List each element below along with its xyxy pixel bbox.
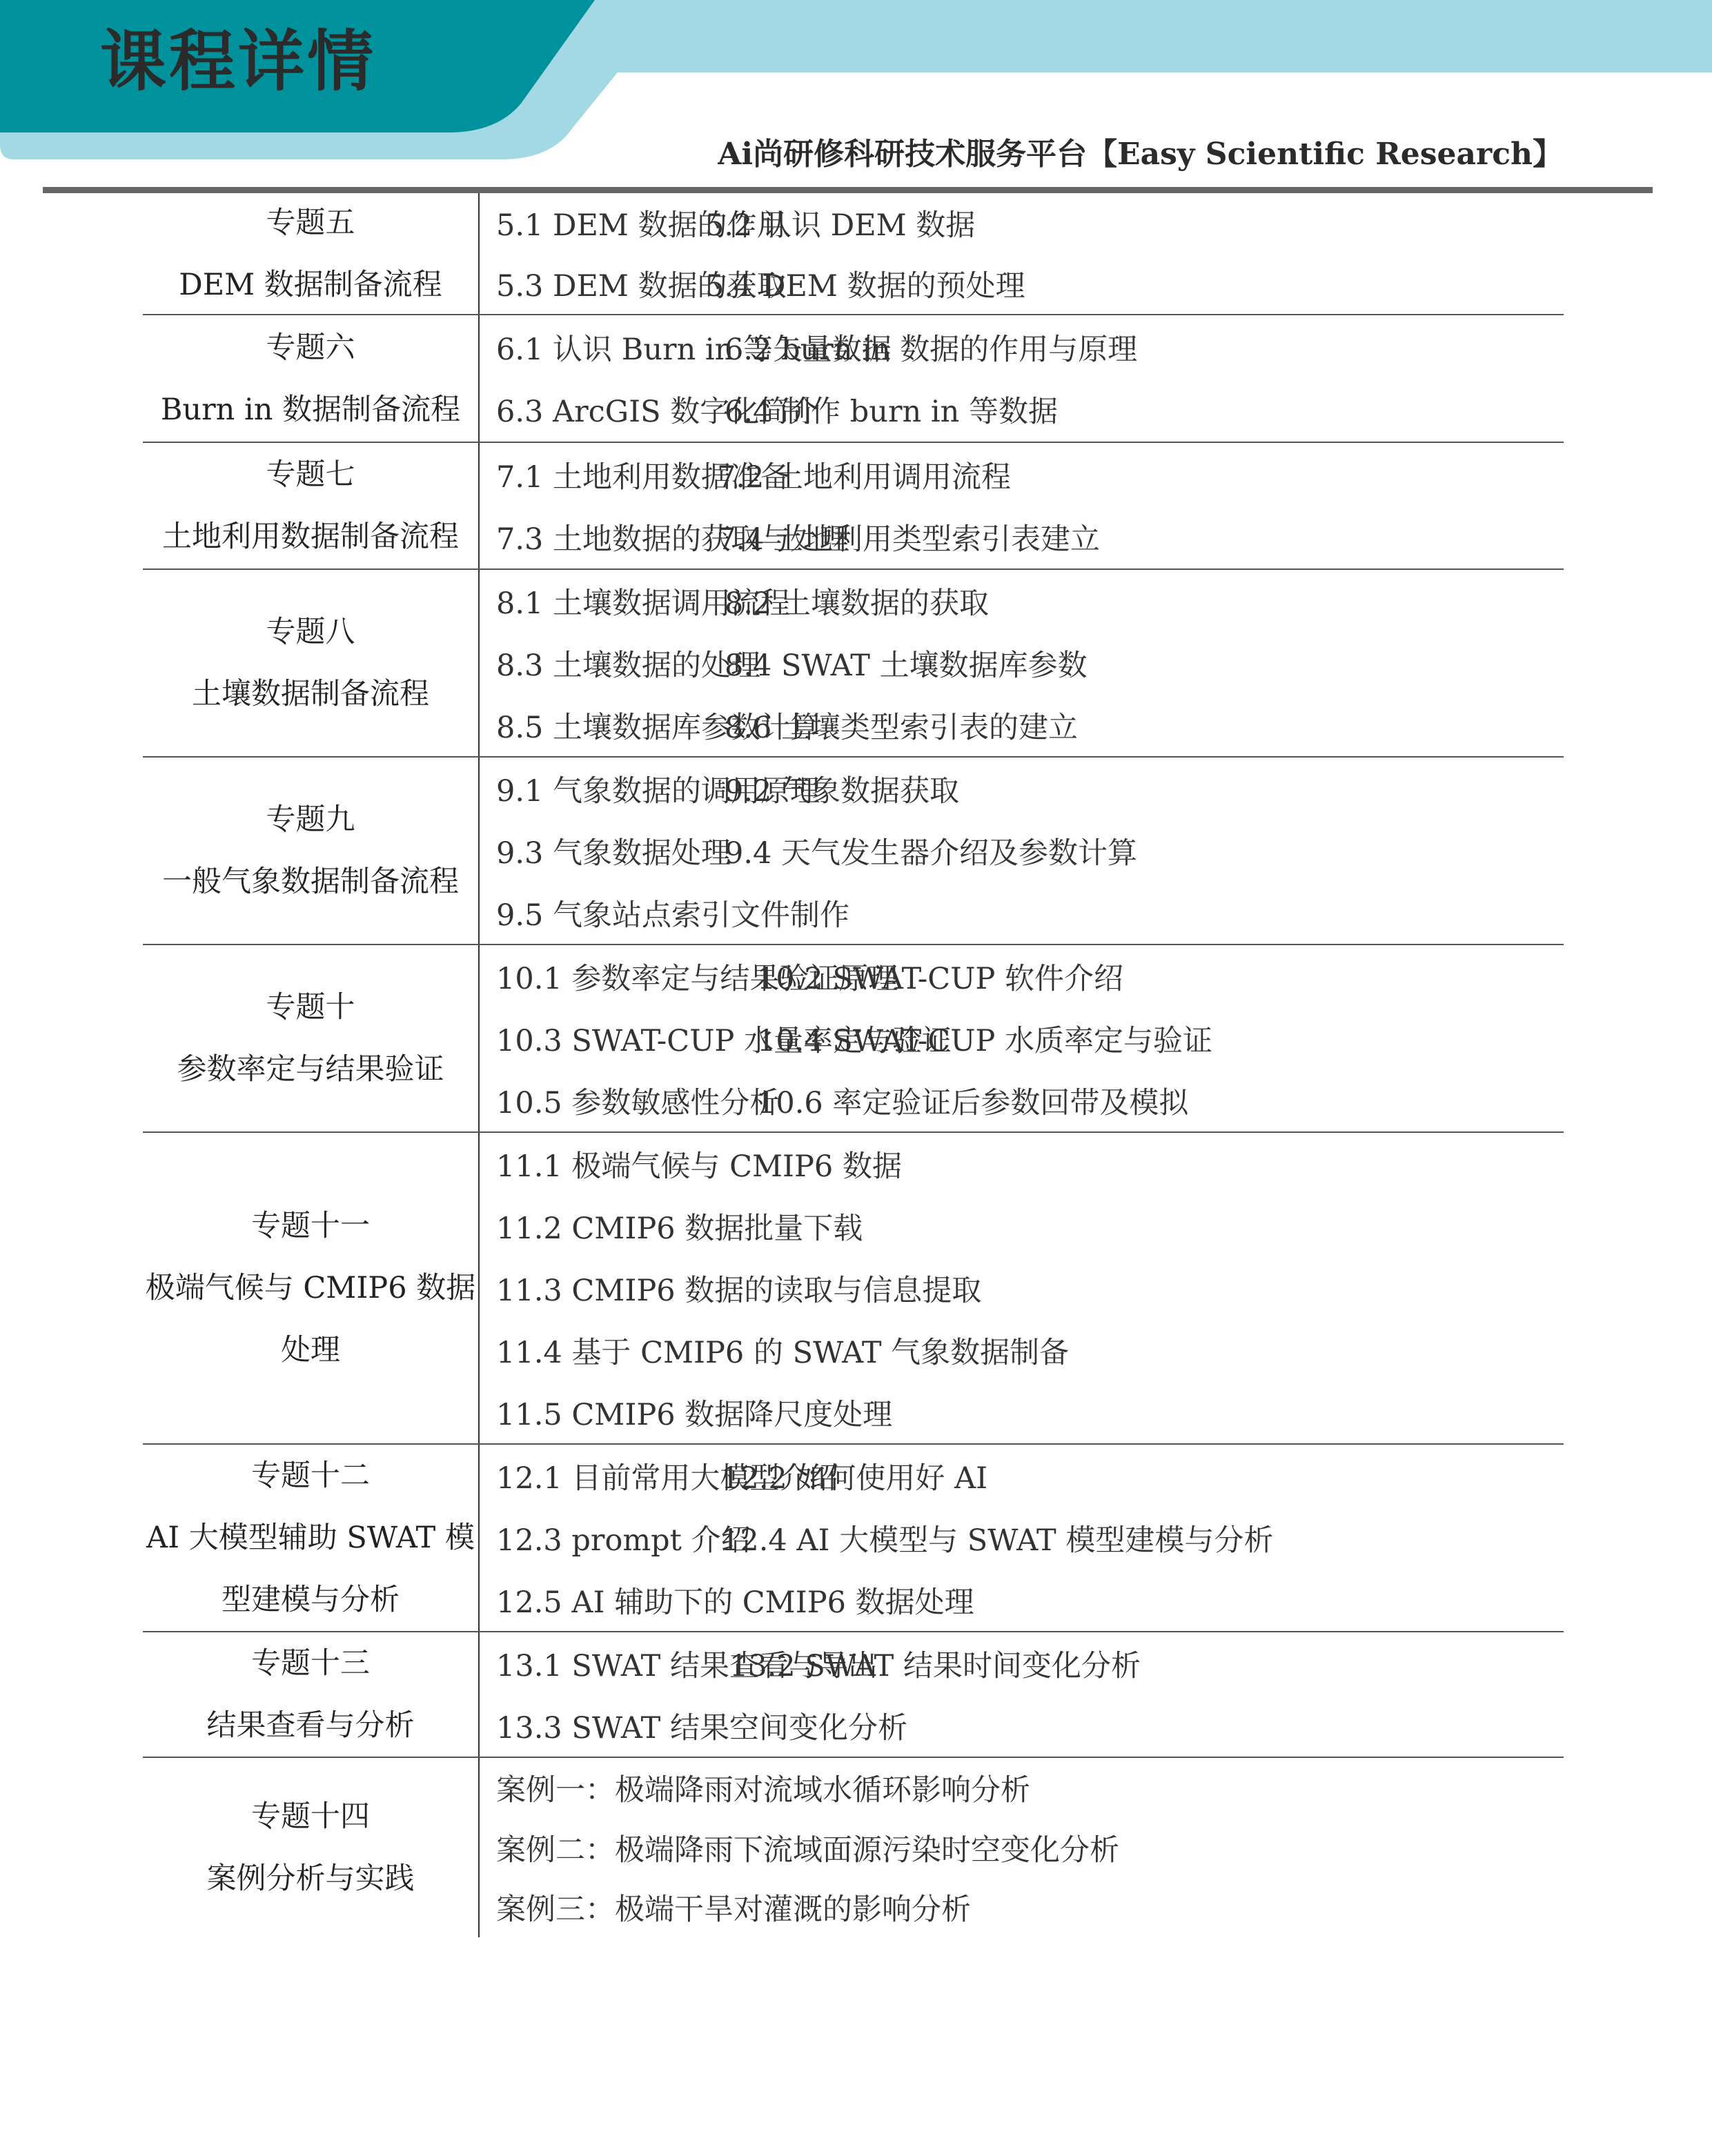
topic-items-cell: 7.1 土地利用数据准备7.2 土地利用调用流程7.3 土地数据的获取与处理7.… xyxy=(480,443,1564,568)
item-line: 11.1 极端气候与 CMIP6 数据 xyxy=(496,1133,1564,1195)
topic-title-cell: 专题十三结果查看与分析 xyxy=(143,1632,480,1757)
topic-items-cell: 11.1 极端气候与 CMIP6 数据11.2 CMIP6 数据批量下载11.3… xyxy=(480,1133,1564,1443)
topic-subtitle: 土地利用数据制备流程 xyxy=(162,506,459,568)
topic-subtitle: 土壤数据制备流程 xyxy=(192,663,429,725)
item-line: 5.1 DEM 数据的作用5.2 认识 DEM 数据 xyxy=(496,193,1564,254)
topic-subtitle: 极端气候与 CMIP6 数据 xyxy=(146,1257,476,1319)
topic-number: 专题十四 xyxy=(251,1786,370,1848)
topic-title-cell: 专题十二AI 大模型辅助 SWAT 模型建模与分析 xyxy=(143,1445,480,1631)
topic-subtitle: 参数率定与结果验证 xyxy=(177,1038,444,1100)
topic-title-cell: 专题十参数率定与结果验证 xyxy=(143,945,480,1131)
topic-subtitle: 型建模与分析 xyxy=(222,1569,400,1631)
topic-title-cell: 专题十一极端气候与 CMIP6 数据处理 xyxy=(143,1133,480,1443)
topic-row: 专题八土壤数据制备流程8.1 土壤数据调用流程8.2 土壤数据的获取8.3 土壤… xyxy=(143,570,1564,758)
item-line: 7.1 土地利用数据准备7.2 土地利用调用流程 xyxy=(496,444,1564,506)
topic-subtitle: 结果查看与分析 xyxy=(207,1694,415,1757)
item-line: 9.3 气象数据处理9.4 天气发生器介绍及参数计算 xyxy=(496,820,1564,882)
item-line: 5.3 DEM 数据的获取5.4 DEM 数据的预处理 xyxy=(496,254,1564,315)
lesson-item: 8.6 土壤类型索引表的建立 xyxy=(725,704,1078,746)
topic-number: 专题九 xyxy=(266,789,355,851)
lesson-item: 11.2 CMIP6 数据批量下载 xyxy=(496,1205,863,1247)
topic-number: 专题八 xyxy=(266,601,355,663)
topic-row: 专题十二AI 大模型辅助 SWAT 模型建模与分析12.1 目前常用大模型介绍1… xyxy=(143,1445,1564,1632)
topic-title-cell: 专题八土壤数据制备流程 xyxy=(143,570,480,756)
topic-items-cell: 12.1 目前常用大模型介绍12.2 如何使用好 AI12.3 prompt 介… xyxy=(480,1445,1564,1631)
topic-title-cell: 专题九一般气象数据制备流程 xyxy=(143,758,480,944)
lesson-item: 8.4 SWAT 土壤数据库参数 xyxy=(725,642,1088,684)
topic-subtitle: 处理 xyxy=(281,1319,340,1381)
lesson-item: 9.3 气象数据处理 xyxy=(496,830,731,872)
brand-tagline: Ai尚研修科研技术服务平台【Easy Scientific Research】 xyxy=(718,135,1563,174)
item-line: 案例三：极端干旱对灌溉的影响分析 xyxy=(496,1877,1564,1937)
topic-items-cell: 10.1 参数率定与结果验证原理10.2 SWAT-CUP 软件介绍10.3 S… xyxy=(480,945,1564,1131)
lesson-item: 13.2 SWAT 结果时间变化分析 xyxy=(729,1643,1141,1685)
topic-items-cell: 5.1 DEM 数据的作用5.2 认识 DEM 数据5.3 DEM 数据的获取5… xyxy=(480,193,1564,314)
course-table: 专题五DEM 数据制备流程5.1 DEM 数据的作用5.2 认识 DEM 数据5… xyxy=(143,193,1564,1937)
topic-subtitle: Burn in 数据制备流程 xyxy=(161,379,460,441)
item-line: 6.3 ArcGIS 数字化简介6.4 制作 burn in 等数据 xyxy=(496,379,1564,441)
topic-number: 专题七 xyxy=(266,444,355,506)
item-line: 9.1 气象数据的调用原理9.2 气象数据获取 xyxy=(496,758,1564,820)
topic-subtitle: 一般气象数据制备流程 xyxy=(162,851,459,913)
topic-items-cell: 6.1 认识 Burn in 等矢量数据6.2 burn in 数据的作用与原理… xyxy=(480,315,1564,442)
lesson-item: 11.3 CMIP6 数据的读取与信息提取 xyxy=(496,1267,981,1309)
item-line: 8.1 土壤数据调用流程8.2 土壤数据的获取 xyxy=(496,570,1564,632)
topic-number: 专题六 xyxy=(266,317,355,379)
item-line: 13.1 SWAT 结果查看与导出13.2 SWAT 结果时间变化分析 xyxy=(496,1632,1564,1694)
item-line: 12.5 AI 辅助下的 CMIP6 数据处理 xyxy=(496,1569,1564,1631)
lesson-item: 12.2 如何使用好 AI xyxy=(721,1455,987,1497)
item-line: 13.3 SWAT 结果空间变化分析 xyxy=(496,1694,1564,1757)
lesson-item: 10.4 SWAT-CUP 水质率定与验证 xyxy=(757,1018,1212,1060)
topic-subtitle: DEM 数据制备流程 xyxy=(179,254,442,316)
topic-row: 专题六Burn in 数据制备流程6.1 认识 Burn in 等矢量数据6.2… xyxy=(143,315,1564,443)
topic-items-cell: 13.1 SWAT 结果查看与导出13.2 SWAT 结果时间变化分析13.3 … xyxy=(480,1632,1564,1757)
lesson-item: 12.3 prompt 介绍 xyxy=(496,1517,751,1559)
page-title: 课程详情 xyxy=(100,23,376,99)
item-line: 案例一：极端降雨对流域水循环影响分析 xyxy=(496,1758,1564,1818)
topic-row: 专题十四案例分析与实践案例一：极端降雨对流域水循环影响分析案例二：极端降雨下流域… xyxy=(143,1758,1564,1937)
lesson-item: 案例三：极端干旱对灌溉的影响分析 xyxy=(496,1886,971,1928)
lesson-item: 9.5 气象站点索引文件制作 xyxy=(496,892,849,934)
lesson-item: 6.2 burn in 数据的作用与原理 xyxy=(725,326,1137,368)
lesson-item: 案例一：极端降雨对流域水循环影响分析 xyxy=(496,1767,1030,1809)
lesson-item: 6.4 制作 burn in 等数据 xyxy=(725,388,1058,431)
item-line: 6.1 认识 Burn in 等矢量数据6.2 burn in 数据的作用与原理 xyxy=(496,317,1564,379)
lesson-item: 11.5 CMIP6 数据降尺度处理 xyxy=(496,1392,892,1434)
topic-title-cell: 专题五DEM 数据制备流程 xyxy=(143,193,480,314)
lesson-item: 11.4 基于 CMIP6 的 SWAT 气象数据制备 xyxy=(496,1329,1069,1372)
topic-row: 专题十参数率定与结果验证10.1 参数率定与结果验证原理10.2 SWAT-CU… xyxy=(143,945,1564,1133)
topic-title-cell: 专题七土地利用数据制备流程 xyxy=(143,443,480,568)
topic-number: 专题十三 xyxy=(251,1632,370,1694)
page-header: 课程详情 Ai尚研修科研技术服务平台【Easy Scientific Resea… xyxy=(0,0,1712,166)
item-line: 11.4 基于 CMIP6 的 SWAT 气象数据制备 xyxy=(496,1319,1564,1381)
topic-row: 专题十一极端气候与 CMIP6 数据处理11.1 极端气候与 CMIP6 数据1… xyxy=(143,1133,1564,1445)
lesson-item: 12.4 AI 大模型与 SWAT 模型建模与分析 xyxy=(721,1517,1273,1559)
lesson-item: 10.2 SWAT-CUP 软件介绍 xyxy=(757,956,1123,998)
lesson-item: 11.1 极端气候与 CMIP6 数据 xyxy=(496,1143,902,1185)
topic-number: 专题十二 xyxy=(251,1445,370,1507)
item-line: 11.3 CMIP6 数据的读取与信息提取 xyxy=(496,1257,1564,1319)
topic-subtitle: AI 大模型辅助 SWAT 模 xyxy=(146,1507,475,1569)
lesson-item: 12.5 AI 辅助下的 CMIP6 数据处理 xyxy=(496,1579,974,1621)
topic-items-cell: 案例一：极端降雨对流域水循环影响分析案例二：极端降雨下流域面源污染时空变化分析案… xyxy=(480,1758,1564,1937)
lesson-item: 8.3 土壤数据的处理 xyxy=(496,642,760,684)
lesson-item: 9.2 气象数据获取 xyxy=(725,768,959,810)
lesson-item: 10.6 率定验证后参数回带及模拟 xyxy=(757,1080,1188,1122)
lesson-item: 案例二：极端降雨下流域面源污染时空变化分析 xyxy=(496,1827,1119,1869)
item-line: 案例二：极端降雨下流域面源污染时空变化分析 xyxy=(496,1818,1564,1878)
topic-row: 专题七土地利用数据制备流程7.1 土地利用数据准备7.2 土地利用调用流程7.3… xyxy=(143,443,1564,570)
item-line: 12.1 目前常用大模型介绍12.2 如何使用好 AI xyxy=(496,1445,1564,1507)
lesson-item: 8.2 土壤数据的获取 xyxy=(725,580,989,622)
topic-row: 专题十三结果查看与分析13.1 SWAT 结果查看与导出13.2 SWAT 结果… xyxy=(143,1632,1564,1758)
item-line: 11.5 CMIP6 数据降尺度处理 xyxy=(496,1381,1564,1443)
topic-items-cell: 9.1 气象数据的调用原理9.2 气象数据获取9.3 气象数据处理9.4 天气发… xyxy=(480,758,1564,944)
item-line: 7.3 土地数据的获取与处理7.4 土地利用类型索引表建立 xyxy=(496,506,1564,568)
lesson-item: 5.4 DEM 数据的预处理 xyxy=(705,263,1025,305)
topic-number: 专题十 xyxy=(266,976,355,1038)
lesson-item: 7.2 土地利用调用流程 xyxy=(717,454,1011,496)
item-line: 10.1 参数率定与结果验证原理10.2 SWAT-CUP 软件介绍 xyxy=(496,945,1564,1007)
lesson-item: 13.3 SWAT 结果空间变化分析 xyxy=(496,1705,907,1747)
item-line: 10.5 参数敏感性分析10.6 率定验证后参数回带及模拟 xyxy=(496,1069,1564,1131)
lesson-item: 10.5 参数敏感性分析 xyxy=(496,1080,779,1122)
topic-row: 专题五DEM 数据制备流程5.1 DEM 数据的作用5.2 认识 DEM 数据5… xyxy=(143,193,1564,315)
topic-title-cell: 专题十四案例分析与实践 xyxy=(143,1758,480,1937)
topic-number: 专题五 xyxy=(266,192,355,254)
topic-title-cell: 专题六Burn in 数据制备流程 xyxy=(143,315,480,442)
lesson-item: 5.2 认识 DEM 数据 xyxy=(705,202,975,244)
item-line: 8.5 土壤数据库参数计算8.6 土壤类型索引表的建立 xyxy=(496,694,1564,756)
item-line: 9.5 气象站点索引文件制作 xyxy=(496,882,1564,944)
topic-row: 专题九一般气象数据制备流程9.1 气象数据的调用原理9.2 气象数据获取9.3 … xyxy=(143,758,1564,945)
item-line: 12.3 prompt 介绍12.4 AI 大模型与 SWAT 模型建模与分析 xyxy=(496,1507,1564,1569)
item-line: 10.3 SWAT-CUP 水量率定与验证10.4 SWAT-CUP 水质率定与… xyxy=(496,1007,1564,1069)
item-line: 8.3 土壤数据的处理8.4 SWAT 土壤数据库参数 xyxy=(496,632,1564,694)
lesson-item: 9.4 天气发生器介绍及参数计算 xyxy=(725,830,1137,872)
topic-items-cell: 8.1 土壤数据调用流程8.2 土壤数据的获取8.3 土壤数据的处理8.4 SW… xyxy=(480,570,1564,756)
topic-number: 专题十一 xyxy=(251,1195,370,1257)
lesson-item: 7.4 土地利用类型索引表建立 xyxy=(717,516,1100,558)
item-line: 11.2 CMIP6 数据批量下载 xyxy=(496,1195,1564,1257)
topic-subtitle: 案例分析与实践 xyxy=(207,1848,415,1910)
